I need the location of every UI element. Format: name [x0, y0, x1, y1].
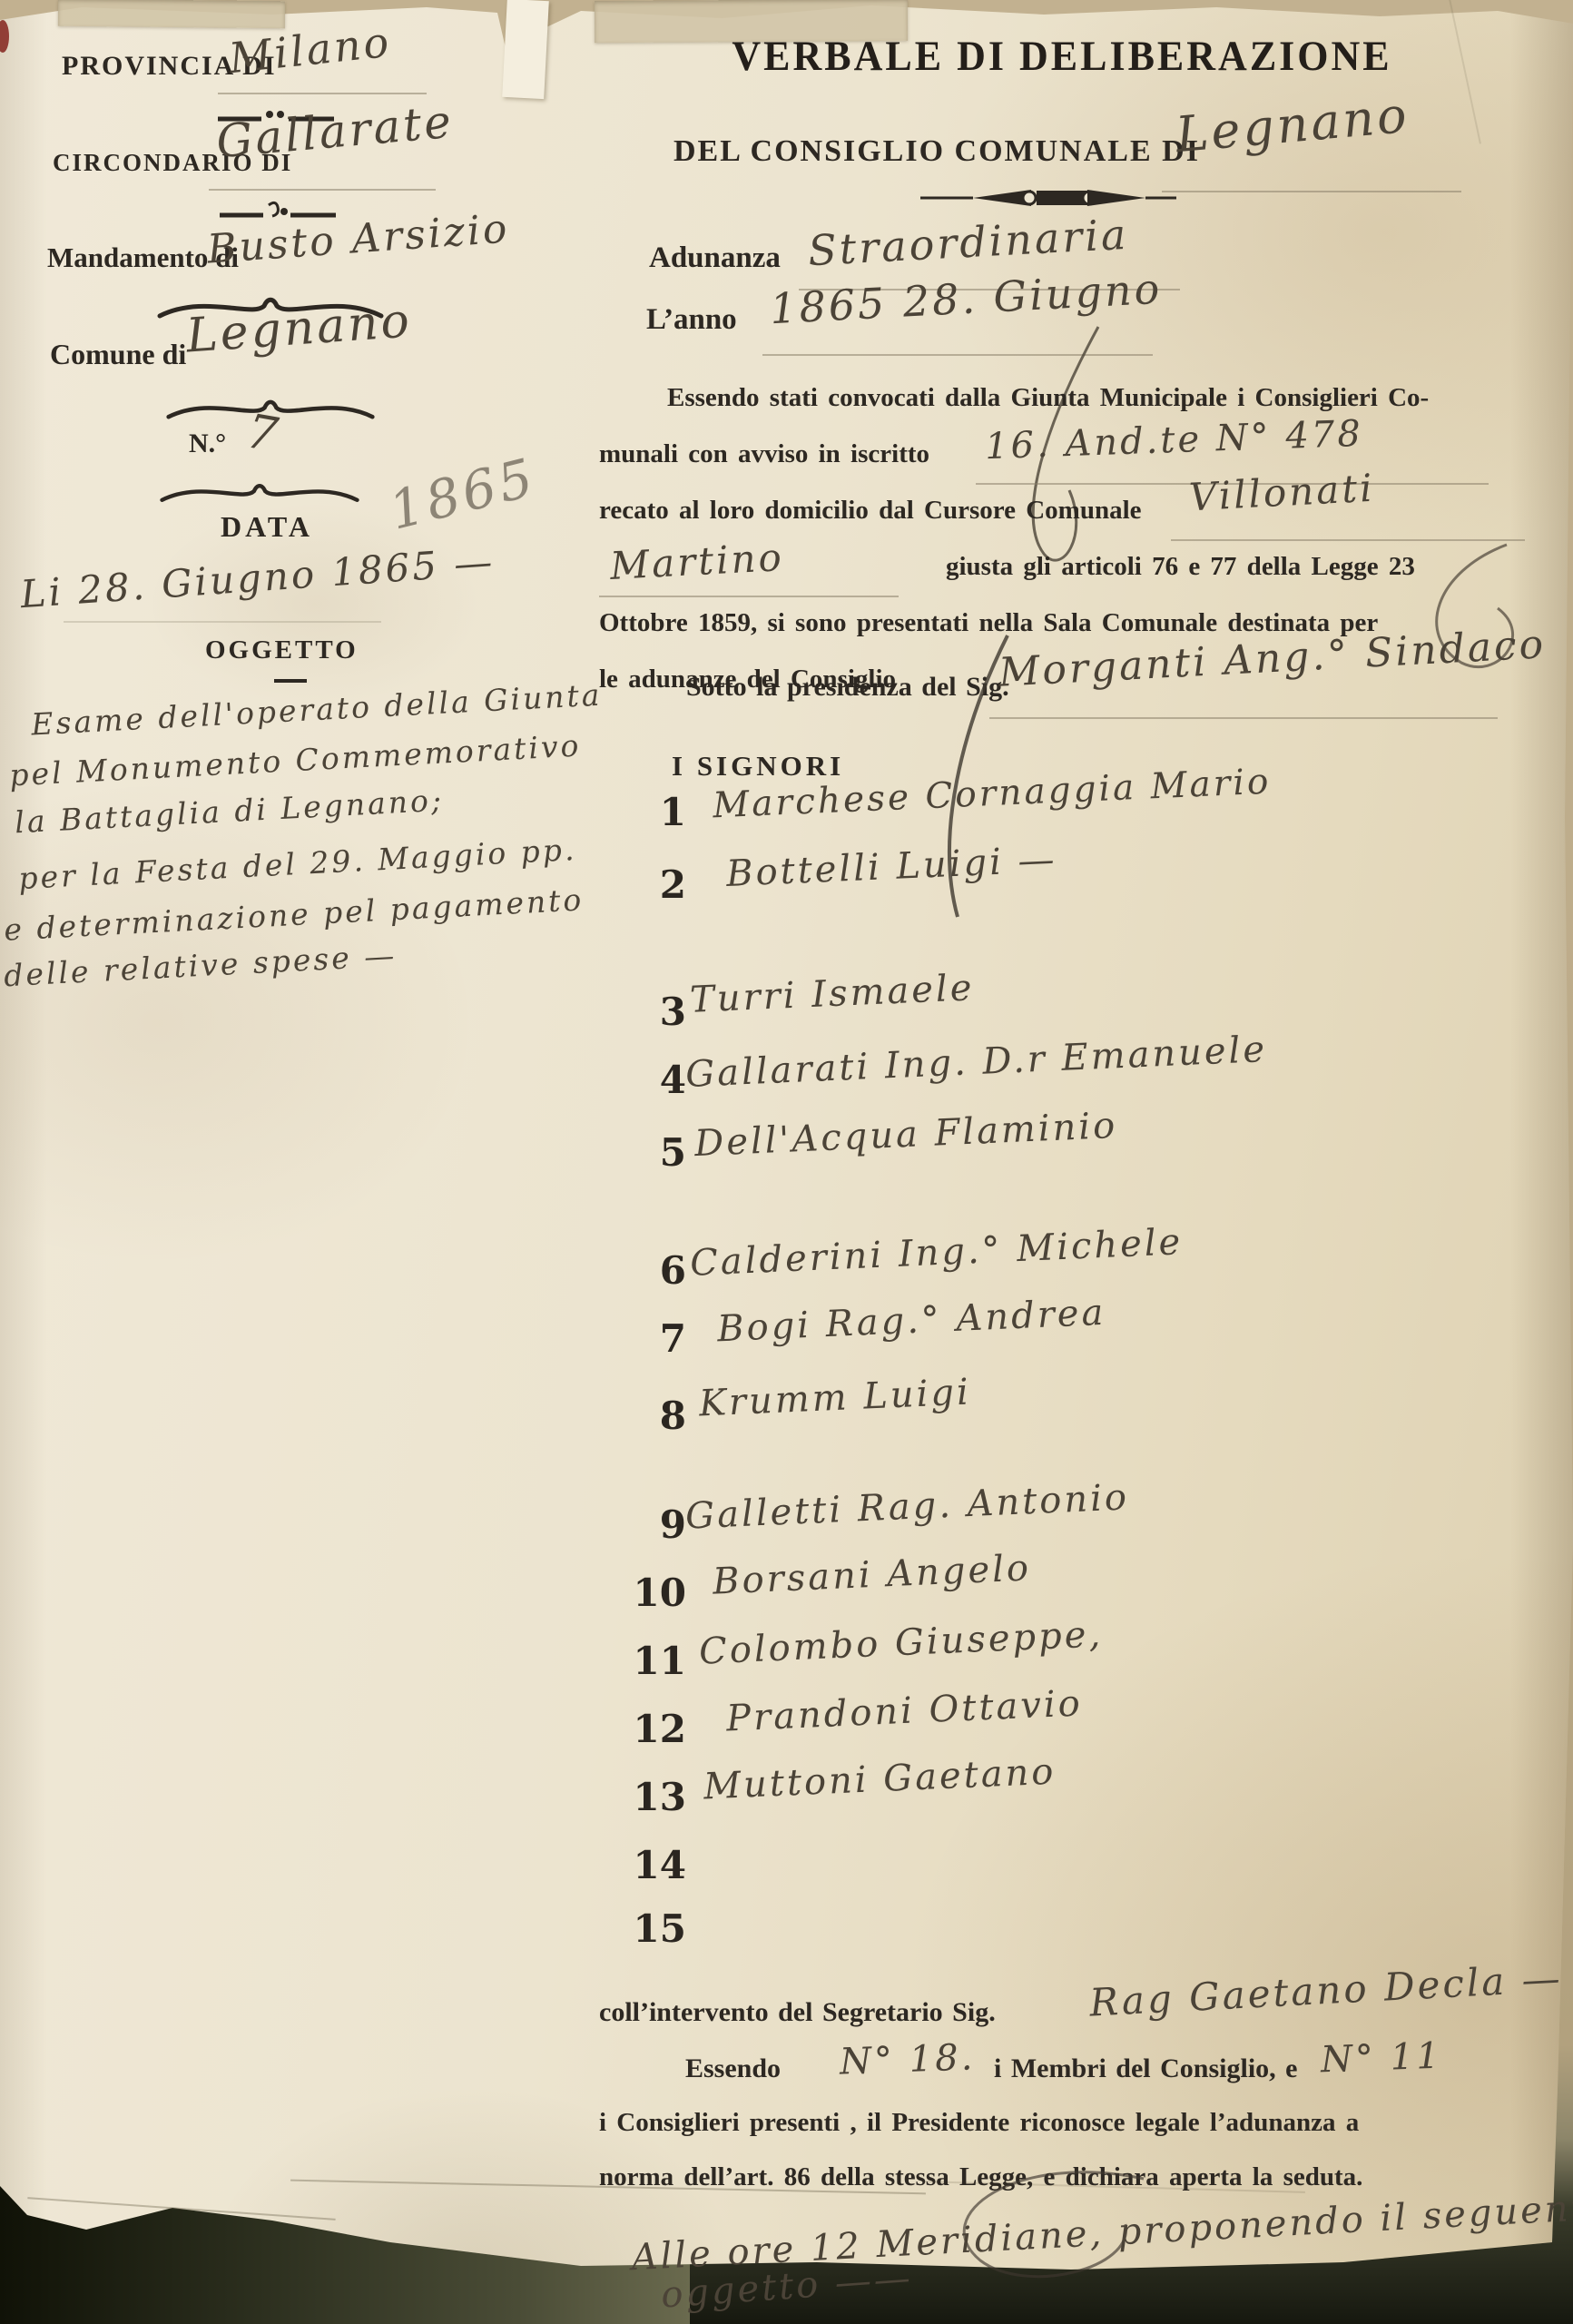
essendo-label: Essendo: [685, 2053, 781, 2084]
diamond-rule-icon: [917, 178, 1180, 214]
list-number: 5: [615, 1130, 686, 1175]
oggetto-dash: [274, 679, 307, 683]
list-number: 1: [615, 790, 686, 834]
numero-label: N.°: [189, 428, 226, 459]
anno-label: L’anno: [646, 303, 737, 337]
adunanza-label: Adunanza: [649, 241, 781, 275]
tape-piece: [58, 0, 285, 28]
footer-line: norma dell’art. 86 della stessa Legge, e…: [599, 2162, 1362, 2192]
data-label: DATA: [221, 510, 313, 544]
presidenza-label: Sotto la presidenza del Sig.: [686, 672, 1009, 703]
list-number: 12: [615, 1707, 686, 1751]
oggetto-label: OGGETTO: [205, 635, 359, 665]
paragraph-line: Essendo stati convocati dalla Giunta Mun…: [667, 383, 1429, 413]
form-line: [762, 354, 1153, 356]
paragraph-line: Ottobre 1859, si sono presentati nella S…: [599, 608, 1378, 638]
paragraph-line: giusta gli articoli 76 e 77 della Legge …: [946, 552, 1415, 582]
segretario-label: coll’intervento del Segretario Sig.: [599, 1997, 996, 2028]
list-number: 7: [615, 1316, 686, 1361]
form-line: [989, 717, 1498, 719]
form-line: [218, 93, 427, 94]
form-line: [599, 596, 899, 597]
list-number: 8: [615, 1393, 686, 1438]
list-number: 2: [615, 862, 686, 907]
pencil-line: [64, 621, 381, 623]
footer-line: i Consiglieri presenti , il Presidente r…: [599, 2108, 1359, 2138]
signori-title: I SIGNORI: [672, 750, 844, 783]
list-number: 9: [615, 1502, 686, 1547]
membri-label: i Membri del Consiglio, e: [994, 2053, 1297, 2084]
form-line: [1162, 191, 1461, 192]
brace-ornament-icon: [159, 476, 360, 508]
comune-label: Comune di: [50, 338, 186, 371]
membri-count-value: N° 18.: [839, 2036, 976, 2083]
paragraph-line: munali con avviso in iscritto: [599, 439, 929, 469]
list-number: 11: [615, 1639, 686, 1683]
cursore-nome-value: Martino: [609, 535, 785, 588]
paragraph-line: recato al loro domicilio dal Cursore Com…: [599, 496, 1142, 526]
presenti-count-value: N° 11: [1320, 2035, 1442, 2082]
list-number: 6: [615, 1248, 686, 1293]
scanned-document-page: PROVINCIA DI Milano CIRCONDARIO DI Galla…: [0, 0, 1573, 2324]
page-title: VERBALE DI DELIBERAZIONE: [581, 31, 1543, 80]
form-line: [1171, 539, 1525, 541]
list-number: 3: [615, 990, 686, 1034]
form-line: [209, 189, 436, 191]
page-subtitle: DEL CONSIGLIO COMUNALE DI: [673, 134, 1200, 169]
list-number: 10: [615, 1571, 686, 1615]
list-number: 15: [615, 1906, 686, 1951]
list-number: 4: [615, 1058, 686, 1102]
list-number: 13: [615, 1775, 686, 1819]
list-number: 14: [615, 1843, 686, 1887]
paper-tear-highlight: [502, 0, 549, 99]
